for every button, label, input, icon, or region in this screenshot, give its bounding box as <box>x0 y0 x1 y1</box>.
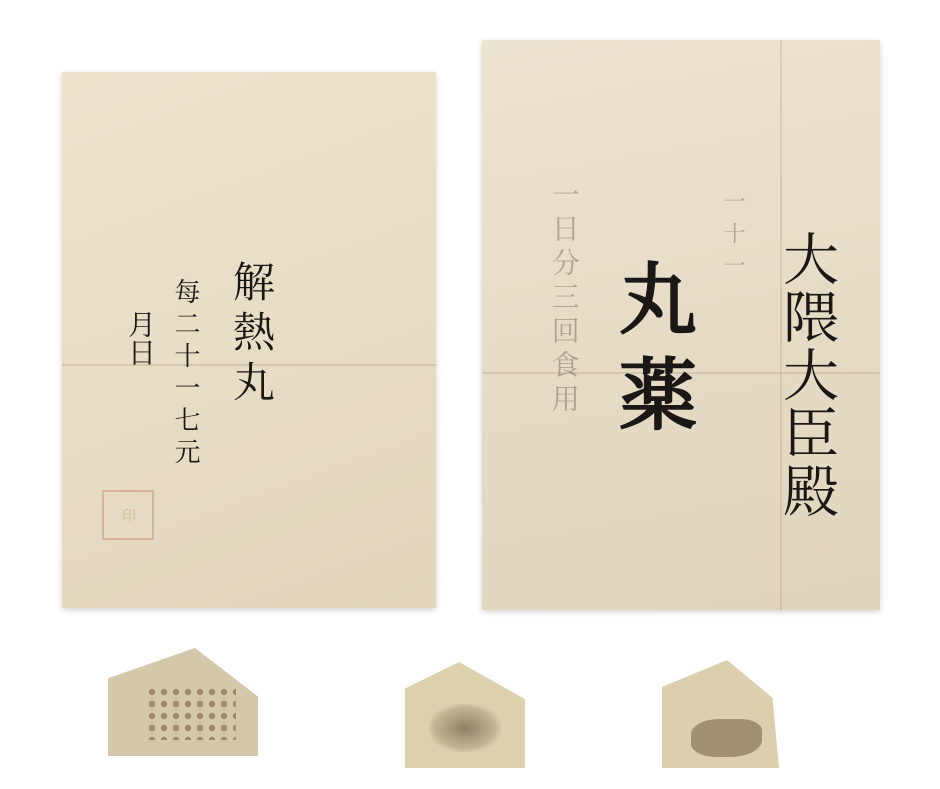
dosage-text: 每二十一七元 <box>172 278 198 470</box>
recipient-address: 大隈大臣殿 <box>778 230 834 520</box>
medicine-name: 解熱丸 <box>230 260 272 410</box>
left-medicine-wrapper: 解熱丸 每二十一七元 月日 印 <box>62 72 436 608</box>
medicine-name: 丸薬 <box>612 258 690 450</box>
powder-packet-smudge <box>405 662 525 768</box>
bleed-through-text-2: 一十一 <box>720 190 744 286</box>
residue-stain <box>691 719 763 757</box>
powder-packet-pills <box>108 648 258 756</box>
bleed-through-text: 一日分三回食用 <box>548 180 579 418</box>
powder-stain <box>429 704 501 752</box>
right-medicine-wrapper: 一日分三回食用 一十一 丸薬 大隈大臣殿 <box>482 40 880 610</box>
powder-packet-residue <box>662 660 792 768</box>
red-seal: 印 <box>102 490 154 540</box>
signature: 月日 <box>126 310 154 366</box>
pill-residue <box>146 686 236 740</box>
